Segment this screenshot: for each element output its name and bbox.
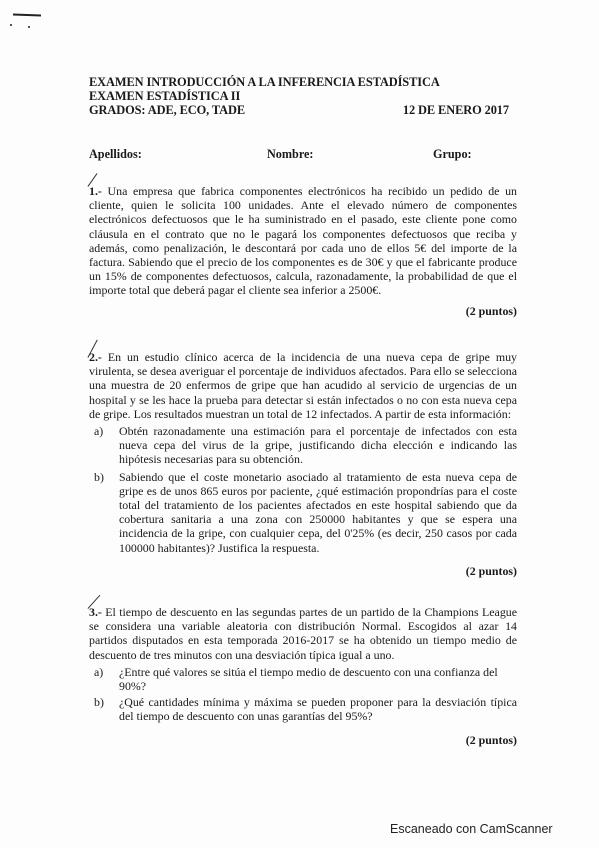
part-label: a) [89, 665, 119, 693]
question-text: En un estudio clínico acerca de la incid… [89, 350, 517, 421]
part-text: ¿Qué cantidades mínima y máxima se puede… [119, 695, 517, 723]
part-label: a) [89, 424, 119, 467]
question-part-b: b) ¿Qué cantidades mínima y máxima se pu… [89, 695, 517, 723]
scanned-exam-page: EXAMEN INTRODUCCIÓN A LA INFERENCIA ESTA… [0, 0, 599, 848]
speck [28, 26, 30, 28]
part-label: b) [89, 695, 119, 723]
question-3: 3.- El tiempo de descuento en las segund… [89, 605, 517, 747]
exam-title: EXAMEN INTRODUCCIÓN A LA INFERENCIA ESTA… [89, 75, 519, 89]
question-number: 2.- [89, 350, 102, 364]
question-part-a: a) Obtén razonadamente una estimación pa… [89, 424, 517, 467]
question-points: (2 puntos) [89, 564, 517, 578]
part-label: b) [89, 470, 119, 555]
question-number: 1.- [89, 184, 102, 198]
exam-date: 12 DE ENERO 2017 [403, 103, 509, 117]
question-part-b: b) Sabiendo que el coste monetario asoci… [89, 470, 517, 555]
question-text: Una empresa que fabrica componentes elec… [89, 184, 517, 297]
question-points: (2 puntos) [89, 733, 517, 747]
part-text: Obtén razonadamente una estimación para … [119, 424, 517, 467]
question-2: 2.- En un estudio clínico acerca de la i… [89, 350, 517, 578]
speck [10, 24, 12, 26]
scanner-watermark: Escaneado con CamScanner [390, 822, 553, 836]
degrees-label: GRADOS: ADE, ECO, TADE [89, 103, 245, 117]
question-number: 3.- [89, 605, 102, 619]
question-points: (2 puntos) [89, 304, 517, 318]
apellidos-label: Apellidos: [89, 147, 142, 162]
exam-header: EXAMEN INTRODUCCIÓN A LA INFERENCIA ESTA… [89, 75, 519, 117]
question-text: El tiempo de descuento en las segundas p… [89, 605, 517, 662]
exam-subtitle: EXAMEN ESTADÍSTICA II [89, 89, 519, 103]
grupo-label: Grupo: [433, 147, 472, 162]
question-1: 1.- Una empresa que fabrica componentes … [89, 184, 517, 318]
question-part-a: a) ¿Entre qué valores se sitúa el tiempo… [89, 665, 517, 693]
part-text: Sabiendo que el coste monetario asociado… [119, 470, 517, 555]
part-text: ¿Entre qué valores se sitúa el tiempo me… [119, 665, 517, 693]
nombre-label: Nombre: [267, 147, 313, 162]
pen-mark [13, 14, 41, 17]
